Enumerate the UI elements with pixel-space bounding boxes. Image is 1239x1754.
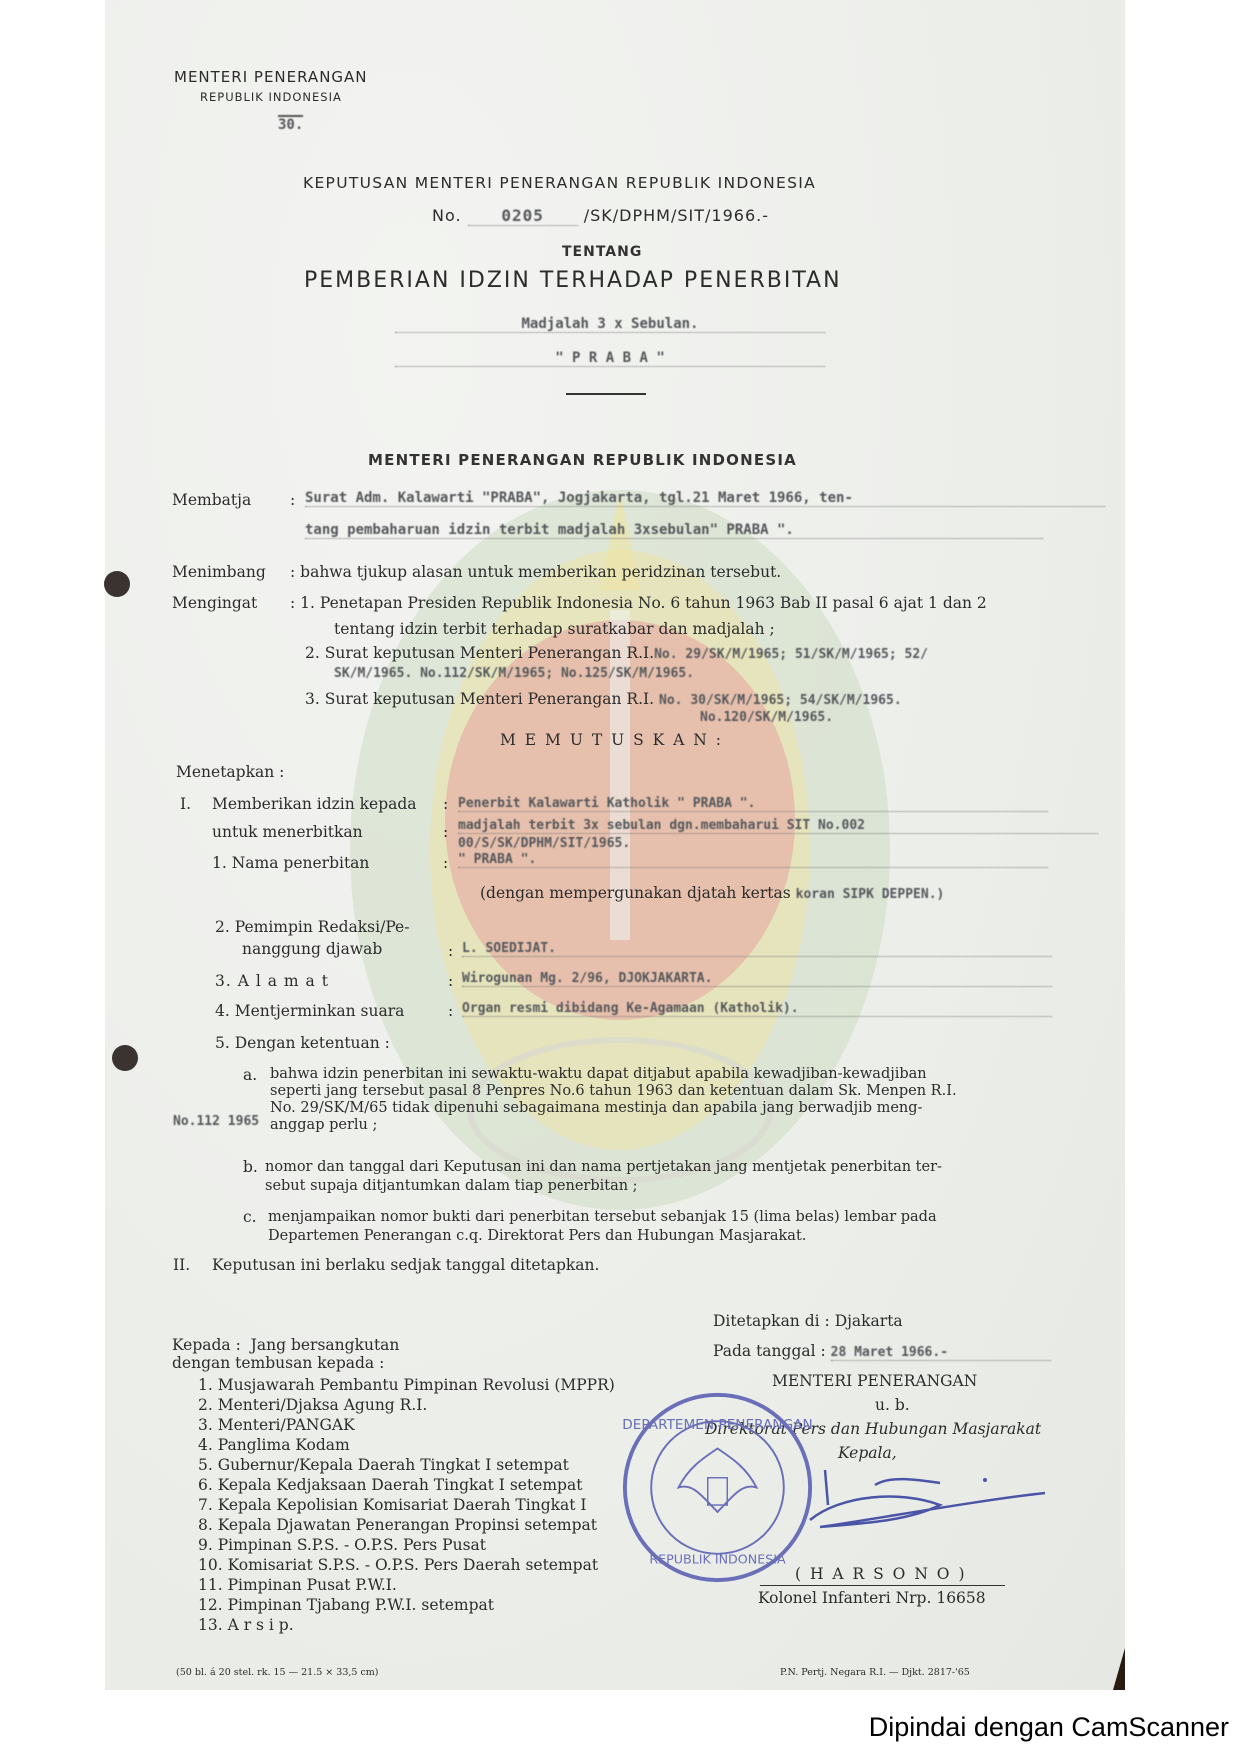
letterhead-line2: REPUBLIK INDONESIA: [200, 90, 342, 104]
decree-number-value: 0205: [468, 206, 578, 226]
kepada: Kepada : Jang bersangkutan: [172, 1336, 399, 1354]
signatory-office: MENTERI PENERANGAN: [772, 1372, 977, 1390]
colon: :: [290, 491, 295, 509]
cc-list-item: 8. Kepala Djawatan Penerangan Propinsi s…: [198, 1515, 615, 1535]
membatja-line1: Surat Adm. Kalawarti "PRABA", Jogjakarta…: [305, 490, 1105, 507]
section2-text: Keputusan ini berlaku sedjak tanggal dit…: [212, 1256, 599, 1274]
paper-quota-note: (dengan mempergunakan djatah kertas kora…: [480, 884, 944, 902]
signatory-role: Kepala,: [838, 1444, 897, 1462]
publication-name: " P R A B A ": [395, 350, 825, 367]
menetapkan-label: Menetapkan :: [176, 763, 284, 781]
letterhead-ref: 30.: [278, 115, 303, 133]
mengingat-item-1-line2: tentang idzin terbit terhadap suratkabar…: [334, 620, 775, 638]
signature-icon: [780, 1465, 1050, 1545]
section2-num: II.: [173, 1256, 190, 1274]
conditions-label: 5. Dengan ketentuan :: [215, 1034, 390, 1052]
section1-label2: untuk menerbitkan: [212, 823, 363, 841]
cc-list-item: 13. A r s i p.: [198, 1615, 615, 1635]
decree-subject: PEMBERIAN IDZIN TERHADAP PENERBITAN: [304, 268, 842, 293]
mengingat-item-3-line2: No.120/SK/M/1965.: [700, 710, 833, 725]
footer-right: P.N. Pertj. Negara R.I. — Djkt. 2817-'65: [780, 1667, 970, 1678]
membatja-line2: tang pembaharuan idzin terbit madjalah 3…: [305, 522, 1043, 539]
cc-list-item: 1. Musjawarah Pembantu Pimpinan Revolusi…: [198, 1375, 615, 1395]
membatja-label: Membatja: [172, 491, 251, 509]
svg-text:DEPARTEMEN PENERANGAN: DEPARTEMEN PENERANGAN: [622, 1417, 812, 1433]
decree-number: No. 0205 /SK/DPHM/SIT/1966.-: [432, 206, 769, 226]
mengingat-item-2-line2: SK/M/1965. No.112/SK/M/1965; No.125/SK/M…: [334, 666, 694, 681]
section1-num: I.: [180, 795, 191, 813]
field-nama-value: " PRABA ".: [458, 852, 1048, 868]
signatory-ub: u. b.: [875, 1396, 910, 1414]
margin-note: No.112 1965: [173, 1114, 259, 1129]
cc-list-item: 5. Gubernur/Kepala Daerah Tingkat I sete…: [198, 1455, 615, 1475]
decision-heading: M E M U T U S K A N :: [500, 731, 723, 749]
field-alamat: 3. A l a m a t: [215, 972, 329, 990]
field-pemimpin-value: L. SOEDIJAT.: [462, 941, 1052, 957]
signatory-rank: Kolonel Infanteri Nrp. 16658: [758, 1589, 986, 1607]
condition-b-letter: b.: [243, 1158, 258, 1176]
cc-label: dengan tembusan kepada :: [172, 1354, 384, 1372]
page-corner: [1113, 1648, 1125, 1690]
menimbang-text: : bahwa tjukup alasan untuk memberikan p…: [290, 563, 781, 581]
punch-hole-icon: [104, 571, 130, 597]
cc-list: 1. Musjawarah Pembantu Pimpinan Revolusi…: [198, 1375, 615, 1635]
signatory-name: ( H A R S O N O ): [795, 1565, 967, 1583]
footer-left: (50 bl. á 20 stel. rk. 15 — 21.5 × 33,5 …: [176, 1667, 378, 1678]
place: Ditetapkan di : Djakarta: [713, 1312, 903, 1330]
cc-list-item: 7. Kepala Kepolisian Komisariat Daerah T…: [198, 1495, 615, 1515]
mengingat-item-1: : 1. Penetapan Presiden Republik Indones…: [290, 594, 987, 612]
official-stamp-icon: DEPARTEMEN PENERANGAN REPUBLIK INDONESIA: [620, 1390, 815, 1585]
field-suara-value: Organ resmi dibidang Ke-Agamaan (Katholi…: [462, 1001, 1052, 1017]
cc-list-item: 11. Pimpinan Pusat P.W.I.: [198, 1575, 615, 1595]
cc-list-item: 3. Menteri/PANGAK: [198, 1415, 615, 1435]
condition-c: menjampaikan nomor bukti dari penerbitan…: [268, 1208, 937, 1246]
field-nama: 1. Nama penerbitan: [212, 854, 369, 872]
about-label: TENTANG: [562, 244, 642, 260]
field-pemimpin: 2. Pemimpin Redaksi/Pe-: [215, 918, 409, 936]
menimbang-label: Menimbang: [172, 563, 266, 581]
cc-list-item: 12. Pimpinan Tjabang P.W.I. setempat: [198, 1595, 615, 1615]
field-suara: 4. Mentjerminkan suara: [215, 1002, 404, 1020]
mengingat-label: Mengingat: [172, 594, 257, 612]
grantee-value: Penerbit Kalawarti Katholik " PRABA ".: [458, 796, 1048, 812]
field-alamat-value: Wirogunan Mg. 2/96, DJOKJAKARTA.: [462, 971, 1052, 987]
divider: [566, 393, 646, 395]
condition-c-letter: c.: [243, 1208, 257, 1226]
condition-a: bahwa idzin penerbitan ini sewaktu-waktu…: [270, 1066, 957, 1134]
date: Pada tanggal : 28 Maret 1966.-: [713, 1342, 1051, 1361]
camscanner-watermark: Dipindai dengan CamScanner: [869, 1712, 1229, 1743]
cc-list-item: 9. Pimpinan S.P.S. - O.P.S. Pers Pusat: [198, 1535, 615, 1555]
publication-type: Madjalah 3 x Sebulan.: [395, 316, 825, 333]
svg-text:REPUBLIK INDONESIA: REPUBLIK INDONESIA: [649, 1552, 786, 1567]
decree-title: KEPUTUSAN MENTERI PENERANGAN REPUBLIK IN…: [303, 174, 816, 192]
signature-line: [760, 1585, 1005, 1586]
section1-label1: Memberikan idzin kepada: [212, 795, 417, 813]
publish-value-line1: madjalah terbit 3x sebulan dgn.membaharu…: [458, 818, 1098, 834]
issuer-heading: MENTERI PENERANGAN REPUBLIK INDONESIA: [368, 451, 797, 469]
cc-list-item: 6. Kepala Kedjaksaan Daerah Tingkat I se…: [198, 1475, 615, 1495]
publish-value-line2: 00/S/SK/DPHM/SIT/1965.: [458, 836, 630, 851]
punch-hole-icon: [112, 1045, 138, 1071]
cc-list-item: 4. Panglima Kodam: [198, 1435, 615, 1455]
cc-list-item: 10. Komisariat S.P.S. - O.P.S. Pers Daer…: [198, 1555, 615, 1575]
letterhead-line1: MENTERI PENERANGAN: [174, 68, 368, 86]
condition-a-letter: a.: [243, 1066, 257, 1084]
mengingat-item-2: 2. Surat keputusan Menteri Penerangan R.…: [305, 644, 928, 662]
condition-b: nomor dan tanggal dari Keputusan ini dan…: [265, 1158, 942, 1196]
cc-list-item: 2. Menteri/Djaksa Agung R.I.: [198, 1395, 615, 1415]
field-pemimpin-label2: nanggung djawab: [242, 940, 382, 958]
mengingat-item-3: 3. Surat keputusan Menteri Penerangan R.…: [305, 690, 902, 708]
